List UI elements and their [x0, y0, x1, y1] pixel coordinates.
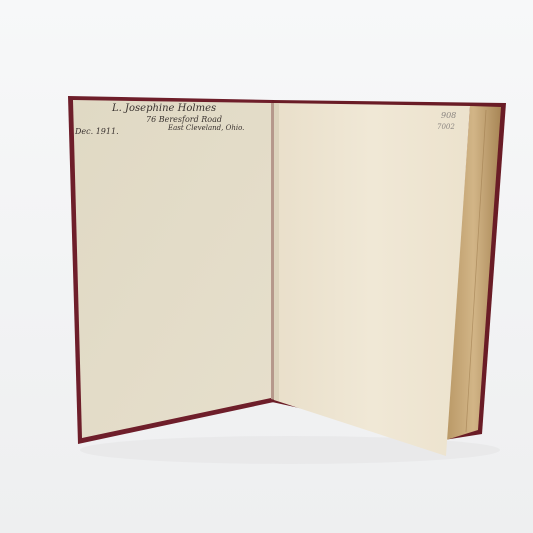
pencil-note-line2: 7002: [437, 123, 455, 131]
inscription-date: Dec. 1911.: [75, 127, 119, 136]
inscription-street: 76 Beresford Road: [146, 115, 222, 124]
left-page: [73, 100, 271, 438]
pencil-note-line1: 908: [441, 111, 456, 120]
book-photo: L. Josephine Holmes 76 Beresford Road Ea…: [0, 0, 533, 533]
inscription-city: East Cleveland, Ohio.: [168, 124, 244, 132]
right-page: [274, 103, 470, 456]
inscription-name: L. Josephine Holmes: [112, 103, 216, 114]
book-illustration: [0, 0, 533, 533]
